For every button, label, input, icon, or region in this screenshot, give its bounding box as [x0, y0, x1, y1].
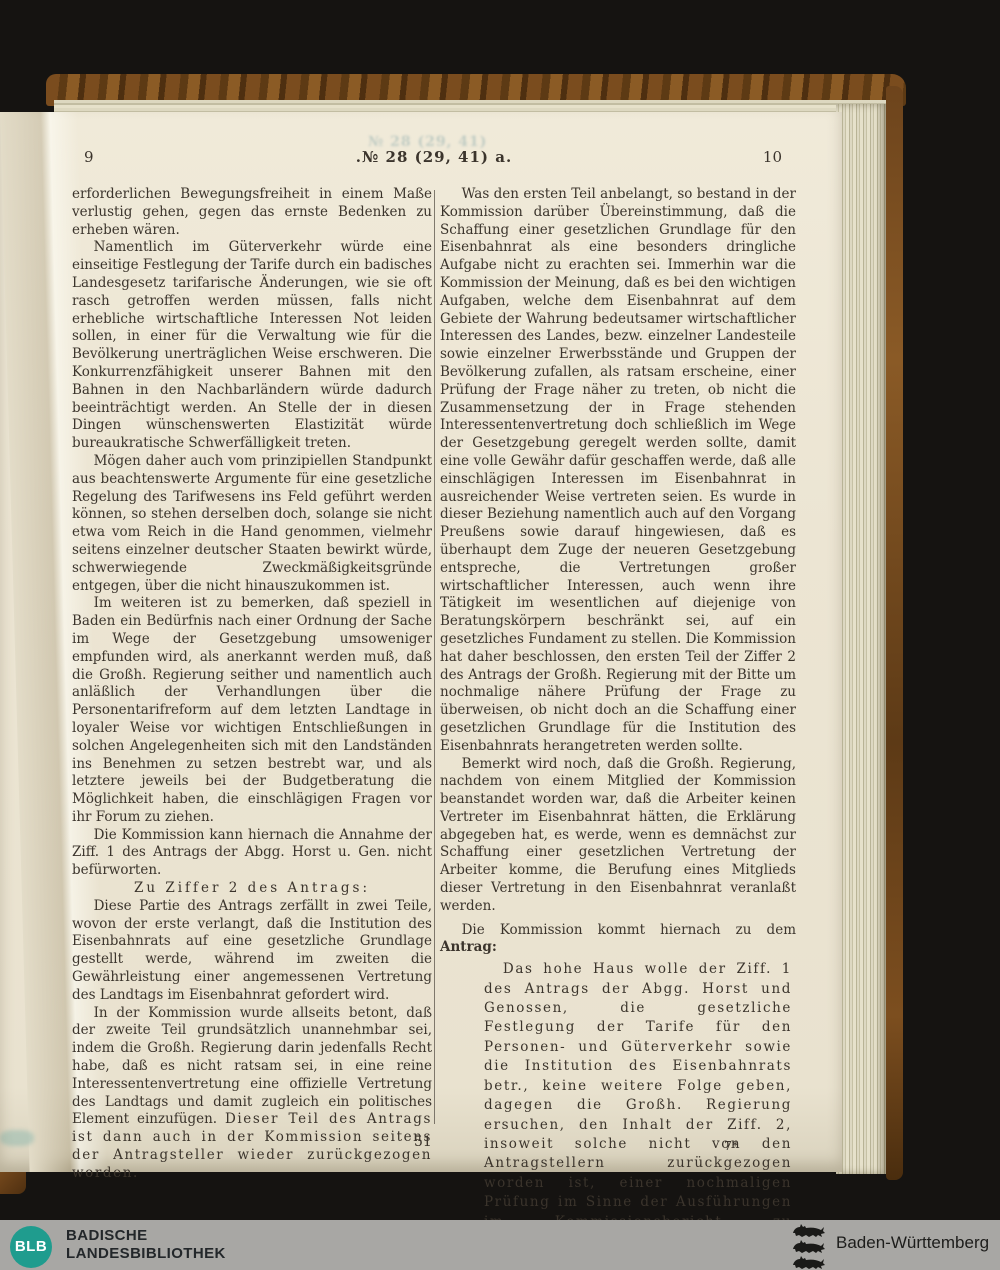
paragraph: Die Kommission kann hiernach die Annahme…: [72, 827, 432, 880]
blb-logo: BLB: [10, 1226, 52, 1268]
paragraph-text: Die Kommission kommt hiernach zu dem: [462, 922, 796, 938]
column-divider-rule: [434, 190, 435, 1124]
left-text-column: erforderlichen Bewegungsfreiheit in eine…: [72, 186, 432, 1183]
paragraph: Mögen daher auch vom prinzipiellen Stand…: [72, 453, 432, 595]
state-name-label: Baden-Württemberg: [836, 1233, 989, 1253]
sheet-number: 51: [414, 1134, 432, 1150]
paragraph: Diese Partie des Antrags zerfällt in zwe…: [72, 898, 432, 1005]
right-text-column: Was den ersten Teil anbelangt, so bestan…: [440, 186, 796, 1266]
scanned-page: № 28 (29, 41) 9 .№ 28 (29, 41) a. 10 erf…: [0, 112, 842, 1172]
paragraph: In der Kommission wurde allseits betont,…: [72, 1005, 432, 1183]
section-heading: Zu Ziffer 2 des Antrags:: [72, 880, 432, 898]
paragraph: Namentlich im Güterverkehr würde eine ei…: [72, 239, 432, 453]
antrag-keyword: Antrag:: [440, 939, 497, 955]
library-name: BADISCHE LANDESBIBLIOTHEK: [66, 1227, 226, 1263]
motion-quote-block: Das hohe Haus wolle der Ziff. 1 des Antr…: [484, 960, 792, 1251]
book-cover-edge: [886, 86, 903, 1180]
issue-title: .№ 28 (29, 41) a.: [72, 148, 796, 166]
paragraph: Die Kommission kommt hiernach zu dem Ant…: [440, 922, 796, 958]
paragraph: Im weiteren ist zu bemerken, daß speziel…: [72, 595, 432, 826]
baden-wuerttemberg-coat-of-arms-icon: [790, 1223, 826, 1269]
paragraph: erforderlichen Bewegungsfreiheit in eine…: [72, 186, 432, 239]
paragraph-text: In der Kommission wurde allseits betont,…: [72, 1005, 432, 1128]
page-number-right: 10: [763, 148, 782, 166]
library-name-line2: LANDESBIBLIOTHEK: [66, 1245, 226, 1263]
paragraph: Was den ersten Teil anbelangt, so bestan…: [440, 186, 796, 756]
library-name-line1: BADISCHE: [66, 1227, 226, 1245]
book-fore-edge-pages: [836, 104, 888, 1174]
scan-viewer-screen: № 28 (29, 41) 9 .№ 28 (29, 41) a. 10 erf…: [0, 0, 1000, 1270]
library-footer-bar: BLB BADISCHE LANDESBIBLIOTHEK Baden-Würt…: [0, 1220, 1000, 1270]
paragraph: Bemerkt wird noch, daß die Großh. Regier…: [440, 756, 796, 916]
stamp-bleed-mark: [0, 1130, 34, 1146]
signature-mark: 7*: [724, 1138, 738, 1153]
